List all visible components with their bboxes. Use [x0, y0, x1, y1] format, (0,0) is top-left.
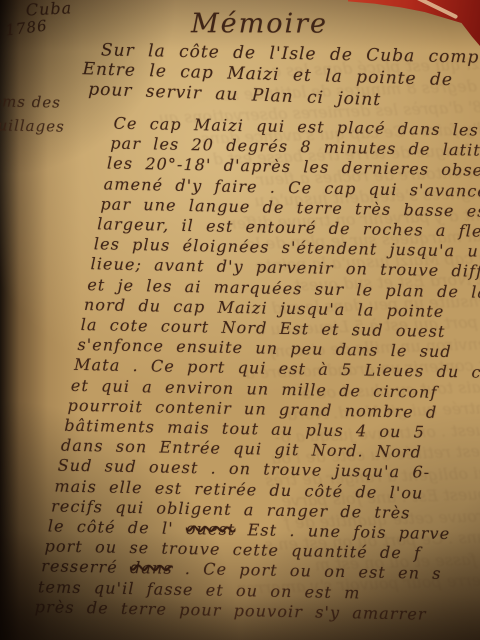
document-title: Mémoire [140, 8, 380, 39]
text-segment: le côté de l' [48, 516, 186, 538]
strikethrough-word: ouest [186, 519, 236, 539]
strikethrough-word: dans [130, 558, 173, 578]
header-lines: Sur la côte de l'Isle de Cuba compEntre … [0, 37, 480, 115]
manuscript-page: Cuba 1786 Mémoire Sur la côte de l'Isle … [0, 0, 480, 640]
manuscript-photo: Ce cap Maizi qui est placé dans les cpar… [0, 0, 480, 640]
text-segment: resserré [41, 557, 130, 578]
corner-annotation-place: Cuba [25, 0, 72, 19]
corner-annotation-year: 1786 [4, 16, 48, 39]
manuscript-body: Ce cap Maizi qui est placé dans les cpar… [0, 111, 480, 628]
